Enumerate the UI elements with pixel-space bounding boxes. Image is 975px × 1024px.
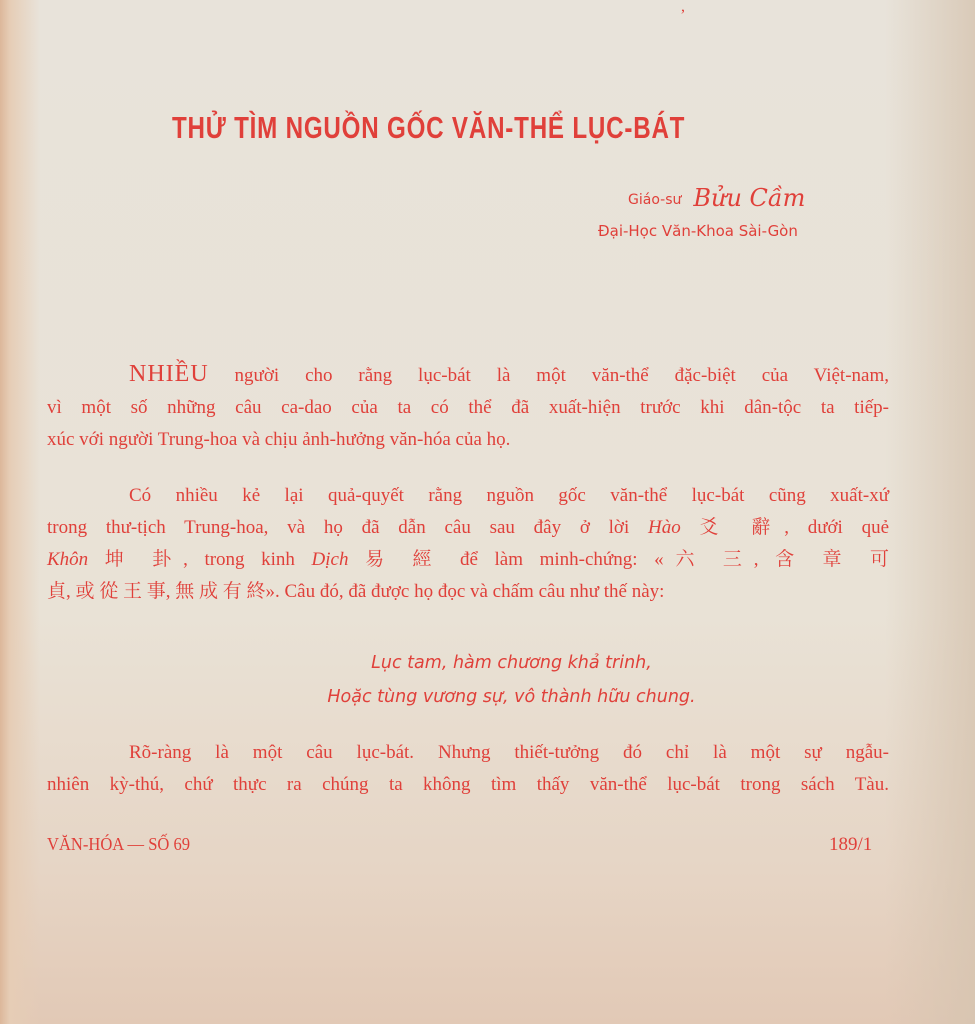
- dropcap-word: NHIỀU: [129, 361, 209, 387]
- paragraph-line: Có nhiều kẻ lại quả-quyết rằng nguồn gốc…: [47, 480, 889, 512]
- top-ink-fragment: ,: [681, 0, 685, 14]
- paragraph-line: trong thư-tịch Trung-hoa, và họ đã dẫn c…: [47, 512, 889, 544]
- italic-term-khon: Khôn: [47, 549, 88, 570]
- author-name: Bửu Cầm: [693, 184, 805, 212]
- verse-line-2: Hoặc tùng vương sự, vô thành hữu chung.: [0, 680, 975, 714]
- page-number: 189/1: [829, 834, 872, 856]
- article-title: THỬ TÌM NGUỒN GỐC VĂN-THỂ LỤC-BÁT: [172, 110, 687, 146]
- paragraph-2: Có nhiều kẻ lại quả-quyết rằng nguồn gốc…: [47, 480, 889, 608]
- paragraph-1: NHIỀU người cho rằng lục-bát là một văn-…: [47, 358, 889, 456]
- author-affiliation: Đại-Học Văn-Khoa Sài-Gòn: [598, 222, 798, 240]
- italic-term-hao: Hào: [648, 517, 681, 538]
- paragraph-line: Khôn 坤 卦, trong kinh Dịch 易 經 để làm min…: [47, 544, 889, 576]
- paragraph-line: xúc với người Trung-hoa và chịu ảnh-hưởn…: [47, 424, 889, 456]
- scanned-page: , THỬ TÌM NGUỒN GỐC VĂN-THỂ LỤC-BÁT Giáo…: [0, 0, 975, 1024]
- byline: Giáo-sưBửu Cầm: [628, 184, 805, 212]
- italic-term-dich: Dịch: [312, 549, 349, 570]
- line-text: trong thư-tịch Trung-hoa, và họ đã dẫn c…: [47, 517, 648, 538]
- line-text: người cho rằng lục-bát là một văn-thể đặ…: [209, 365, 889, 386]
- verse-line-1: Lục tam, hàm chương khả trinh,: [0, 646, 975, 680]
- line-text: 坤 卦, trong kinh: [88, 549, 311, 570]
- paragraph-line: 貞, 或 從 王 事, 無 成 有 終». Câu đó, đã được họ…: [47, 576, 889, 608]
- paragraph-line: NHIỀU người cho rằng lục-bát là một văn-…: [47, 358, 889, 392]
- paragraph-3: Rõ-ràng là một câu lục-bát. Nhưng thiết-…: [47, 737, 889, 801]
- paragraph-line: vì một số những câu ca-dao của ta có thể…: [47, 392, 889, 424]
- quoted-verse: Lục tam, hàm chương khả trinh, Hoặc tùng…: [0, 646, 975, 714]
- byline-prefix: Giáo-sư: [628, 192, 681, 208]
- line-text: 爻 辭, dưới quẻ: [681, 517, 889, 538]
- paragraph-line: nhiên kỳ-thú, chứ thực ra chúng ta không…: [47, 769, 889, 801]
- journal-issue: VĂN-HÓA — SỐ 69: [47, 834, 190, 855]
- line-text: 易 經 để làm minh-chứng: «六 三, 含 章 可: [348, 549, 889, 570]
- paragraph-line: Rõ-ràng là một câu lục-bát. Nhưng thiết-…: [47, 737, 889, 769]
